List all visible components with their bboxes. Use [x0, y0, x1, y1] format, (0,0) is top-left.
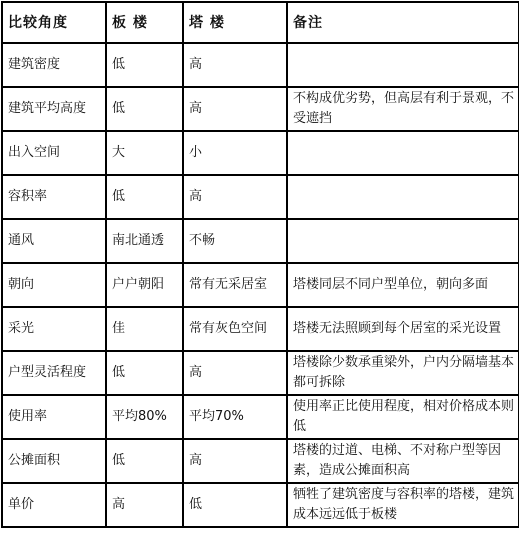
header-row: 比较角度 板 楼 塔 楼 备注 — [2, 2, 519, 43]
cell-slab: 佳 — [106, 307, 183, 351]
cell-slab: 大 — [106, 131, 183, 175]
cell-note: 不构成优劣势，但高层有利于景观，不受遮挡 — [287, 87, 519, 131]
header-tower: 塔 楼 — [183, 2, 287, 43]
cell-tower: 高 — [183, 351, 287, 395]
cell-tower: 高 — [183, 175, 287, 219]
cell-tower: 常有无采居室 — [183, 263, 287, 307]
cell-slab: 高 — [106, 483, 183, 527]
comparison-table: 比较角度 板 楼 塔 楼 备注 建筑密度 低 高 建筑平均高度 低 高 不构成优… — [1, 1, 519, 528]
cell-note — [287, 175, 519, 219]
cell-aspect: 单价 — [2, 483, 106, 527]
table-row: 建筑平均高度 低 高 不构成优劣势，但高层有利于景观，不受遮挡 — [2, 87, 519, 131]
cell-aspect: 出入空间 — [2, 131, 106, 175]
cell-note: 塔楼无法照顾到每个居室的采光设置 — [287, 307, 519, 351]
cell-slab: 低 — [106, 351, 183, 395]
cell-note: 塔楼除少数承重梁外，户内分隔墙基本都可拆除 — [287, 351, 519, 395]
cell-slab: 南北通透 — [106, 219, 183, 263]
table-row: 采光 佳 常有灰色空间 塔楼无法照顾到每个居室的采光设置 — [2, 307, 519, 351]
table-row: 公摊面积 低 高 塔楼的过道、电梯、不对称户型等因素，造成公摊面积高 — [2, 439, 519, 483]
cell-note — [287, 43, 519, 87]
cell-aspect: 通风 — [2, 219, 106, 263]
table-row: 户型灵活程度 低 高 塔楼除少数承重梁外，户内分隔墙基本都可拆除 — [2, 351, 519, 395]
table-row: 出入空间 大 小 — [2, 131, 519, 175]
table-row: 朝向 户户朝阳 常有无采居室 塔楼同层不同户型单位，朝向多面 — [2, 263, 519, 307]
cell-note: 使用率正比使用程度，相对价格成本则低 — [287, 395, 519, 439]
cell-aspect: 容积率 — [2, 175, 106, 219]
table-row: 容积率 低 高 — [2, 175, 519, 219]
cell-slab: 低 — [106, 175, 183, 219]
cell-slab: 低 — [106, 439, 183, 483]
cell-slab: 低 — [106, 43, 183, 87]
table-row: 建筑密度 低 高 — [2, 43, 519, 87]
cell-aspect: 建筑平均高度 — [2, 87, 106, 131]
cell-aspect: 建筑密度 — [2, 43, 106, 87]
table-row: 使用率 平均80% 平均70% 使用率正比使用程度，相对价格成本则低 — [2, 395, 519, 439]
cell-tower: 平均70% — [183, 395, 287, 439]
header-aspect: 比较角度 — [2, 2, 106, 43]
cell-aspect: 户型灵活程度 — [2, 351, 106, 395]
cell-note: 牺牲了建筑密度与容积率的塔楼，建筑成本远远低于板楼 — [287, 483, 519, 527]
cell-aspect: 使用率 — [2, 395, 106, 439]
cell-tower: 不畅 — [183, 219, 287, 263]
cell-tower: 常有灰色空间 — [183, 307, 287, 351]
cell-tower: 高 — [183, 43, 287, 87]
cell-tower: 高 — [183, 87, 287, 131]
header-note: 备注 — [287, 2, 519, 43]
cell-aspect: 朝向 — [2, 263, 106, 307]
cell-note — [287, 131, 519, 175]
cell-tower: 低 — [183, 483, 287, 527]
cell-tower: 高 — [183, 439, 287, 483]
table-row: 单价 高 低 牺牲了建筑密度与容积率的塔楼，建筑成本远远低于板楼 — [2, 483, 519, 527]
cell-note — [287, 219, 519, 263]
header-slab: 板 楼 — [106, 2, 183, 43]
cell-aspect: 采光 — [2, 307, 106, 351]
table-row: 通风 南北通透 不畅 — [2, 219, 519, 263]
cell-note: 塔楼的过道、电梯、不对称户型等因素，造成公摊面积高 — [287, 439, 519, 483]
cell-slab: 户户朝阳 — [106, 263, 183, 307]
cell-aspect: 公摊面积 — [2, 439, 106, 483]
cell-note: 塔楼同层不同户型单位，朝向多面 — [287, 263, 519, 307]
cell-tower: 小 — [183, 131, 287, 175]
cell-slab: 平均80% — [106, 395, 183, 439]
cell-slab: 低 — [106, 87, 183, 131]
